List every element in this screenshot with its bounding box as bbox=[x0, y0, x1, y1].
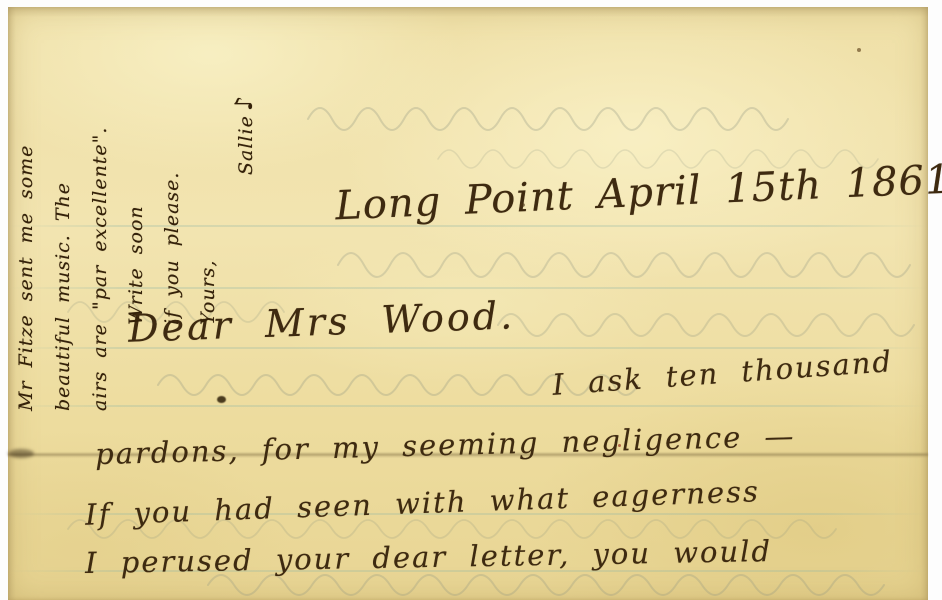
ink-speck bbox=[618, 444, 621, 447]
margin-note-line: beautiful music. The bbox=[45, 9, 82, 411]
signature-name: Sallie bbox=[235, 115, 257, 175]
ink-speck bbox=[520, 203, 525, 207]
paper-edge-shadow bbox=[8, 7, 16, 600]
ink-speck bbox=[857, 48, 861, 52]
postscript-line: Write soon bbox=[118, 13, 154, 325]
ink-blot bbox=[217, 396, 226, 403]
margin-note-block: Mr Fitze sent me some beautiful music. T… bbox=[8, 9, 120, 411]
music-note-icon: ♪ bbox=[230, 95, 258, 111]
paper-edge-shadow bbox=[920, 7, 928, 600]
scanned-letter-image: Long Point April 15th 1861 Dear Mrs Wood… bbox=[0, 0, 942, 600]
postscript-line: if you please. bbox=[154, 13, 190, 325]
paper-edge-shadow bbox=[8, 7, 928, 17]
fold-line bbox=[8, 405, 928, 407]
margin-postscript-block: Write soon if you please. Yours, Sallie♪ bbox=[118, 13, 268, 325]
signature-line: Sallie♪ bbox=[226, 13, 264, 325]
postscript-line: Yours, bbox=[190, 13, 226, 325]
letter-paper: Long Point April 15th 1861 Dear Mrs Wood… bbox=[8, 7, 928, 600]
margin-note-line: airs are "par excellente". bbox=[82, 9, 119, 411]
